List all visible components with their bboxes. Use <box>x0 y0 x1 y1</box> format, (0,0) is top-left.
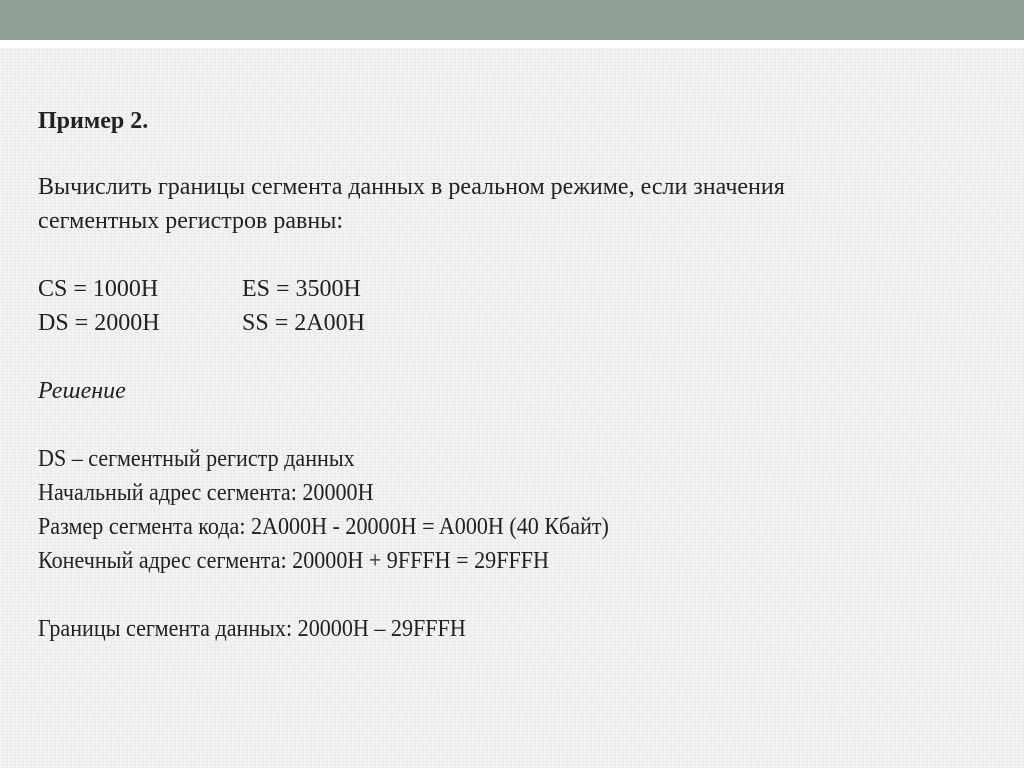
solution-line-1: DS – сегментный регистр данных <box>38 442 903 476</box>
header-divider <box>0 40 1024 48</box>
answer-line: Границы сегмента данных: 20000H – 29FFFH <box>38 612 903 646</box>
header-band <box>0 0 1024 40</box>
register-ds: DS = 2000H <box>38 306 242 340</box>
register-values: CS = 1000H ES = 3500H DS = 2000H SS = 2A… <box>38 272 978 340</box>
task-line-1: Вычислить границы сегмента данных в реал… <box>38 170 978 204</box>
solution-line-4: Конечный адрес сегмента: 20000H + 9FFFH … <box>38 544 903 578</box>
register-cs: CS = 1000H <box>38 272 242 306</box>
slide-title: Пример 2. <box>38 104 978 138</box>
solution-line-3: Размер сегмента кода: 2A000H - 20000H = … <box>38 510 903 544</box>
slide-content: Пример 2. Вычислить границы сегмента дан… <box>38 104 978 646</box>
task-line-2: сегментных регистров равны: <box>38 204 978 238</box>
solution-heading: Решение <box>38 374 978 408</box>
register-es: ES = 3500H <box>242 272 978 306</box>
register-ss: SS = 2A00H <box>242 306 978 340</box>
solution-line-2: Начальный адрес сегмента: 20000H <box>38 476 903 510</box>
